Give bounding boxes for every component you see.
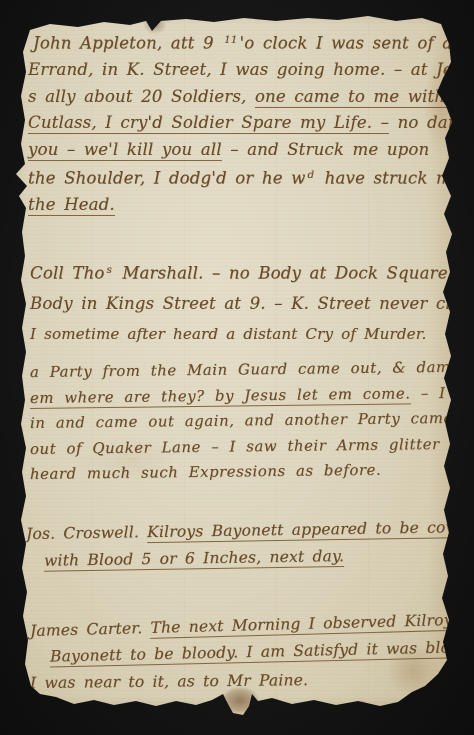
underlined-text: em where are they? by Jesus let em come. <box>30 385 411 409</box>
underlined-text: with Blood 5 or 6 Inches, next day. <box>44 547 344 572</box>
handwritten-text: I sometime after heard a distant Cry of … <box>30 325 426 343</box>
handwritten-text: s ally about 20 Soldiers, <box>28 87 255 106</box>
handwritten-text: – I went <box>410 384 474 402</box>
handwritten-text: John Appleton, att 9 <box>33 34 222 53</box>
manuscript-line: heard much such Expressions as before. <box>30 456 474 487</box>
handwritten-text: I was near to it, as to Mr Paine. <box>30 671 308 692</box>
inserted-number: d <box>305 170 316 181</box>
appleton-testimony: John Appleton, att 9 11'o clock I was se… <box>28 28 474 219</box>
handwritten-text: in and came out again, and another Party… <box>30 410 453 432</box>
handwritten-text: have struck me on <box>316 169 474 188</box>
manuscript-line: Cutlass, I cry'd Soldier Spare my Life. … <box>28 110 474 137</box>
manuscript-line: the Head. <box>28 192 474 219</box>
manuscript-page: John Appleton, att 9 11'o clock I was se… <box>0 0 474 735</box>
marshall-testimony: Coll Thos Marshall. – no Body at Dock Sq… <box>30 256 474 349</box>
underlined-text: you – we'l kill you all <box>28 140 222 161</box>
handwritten-text: no damn <box>389 113 474 132</box>
manuscript-line: I was near to it, as to Mr Paine. <box>30 665 474 696</box>
manuscript-line: John Appleton, att 9 11'o clock I was se… <box>28 28 474 57</box>
handwritten-text: Marshall. – no Body at Dock Square, no <box>114 264 474 283</box>
manuscript-line: s ally about 20 Soldiers, one came to me… <box>28 84 474 111</box>
manuscript-line: I sometime after heard a distant Cry of … <box>30 319 474 349</box>
manuscript-text: John Appleton, att 9 11'o clock I was se… <box>0 0 474 735</box>
handwritten-text: Jos. Croswell. <box>26 523 147 543</box>
handwritten-text: James Carter. <box>30 619 151 640</box>
handwritten-text: out of Quaker Lane – I saw their Arms gl… <box>30 435 474 458</box>
carter-testimony: James Carter. The next Morning I observe… <box>30 618 474 696</box>
handwritten-text: Errand, in K. Street, I was going home. … <box>28 60 474 79</box>
inserted-number: 11 <box>222 35 239 46</box>
handwritten-text: 'o clock I was sent of an <box>240 34 464 53</box>
marshall-testimony-continued: a Party from the Main Guard came out, & … <box>30 360 474 488</box>
handwritten-text: Body in Kings Street at 9. – K. Street n… <box>30 294 474 313</box>
manuscript-line: the Shoulder, I dodg'd or he wd have str… <box>28 163 474 192</box>
underlined-text: Bayonett to be bloody. I am Satisfyd it … <box>50 638 474 668</box>
handwritten-text: a Party from the Main Guard came out, & … <box>30 359 461 381</box>
underlined-text: Cutlass, I cry'd Soldier Spare my Life. … <box>28 113 389 134</box>
handwritten-text: the Shoulder, I dodg'd or he w <box>28 169 305 188</box>
underlined-text: the Head. <box>28 195 115 216</box>
inserted-number: s <box>105 265 114 276</box>
underlined-text: one came to me with his <box>255 87 474 108</box>
underlined-text: Kilroys Bayonett appeared to be covered <box>147 518 474 543</box>
manuscript-line: you – we'l kill you all – and Struck me … <box>28 137 474 164</box>
manuscript-line: Coll Thos Marshall. – no Body at Dock Sq… <box>30 256 474 289</box>
handwritten-text: – and Struck me upon <box>222 140 430 159</box>
manuscript-line: Body in Kings Street at 9. – K. Street n… <box>30 289 474 319</box>
croswell-testimony: Jos. Croswell. Kilroys Bayonett appeared… <box>26 521 474 575</box>
handwritten-text: heard much such Expressions as before. <box>30 462 381 483</box>
manuscript-line: Errand, in K. Street, I was going home. … <box>28 57 474 84</box>
handwritten-text: Coll Tho <box>30 264 105 283</box>
paper-edge-shading-left <box>0 0 26 735</box>
